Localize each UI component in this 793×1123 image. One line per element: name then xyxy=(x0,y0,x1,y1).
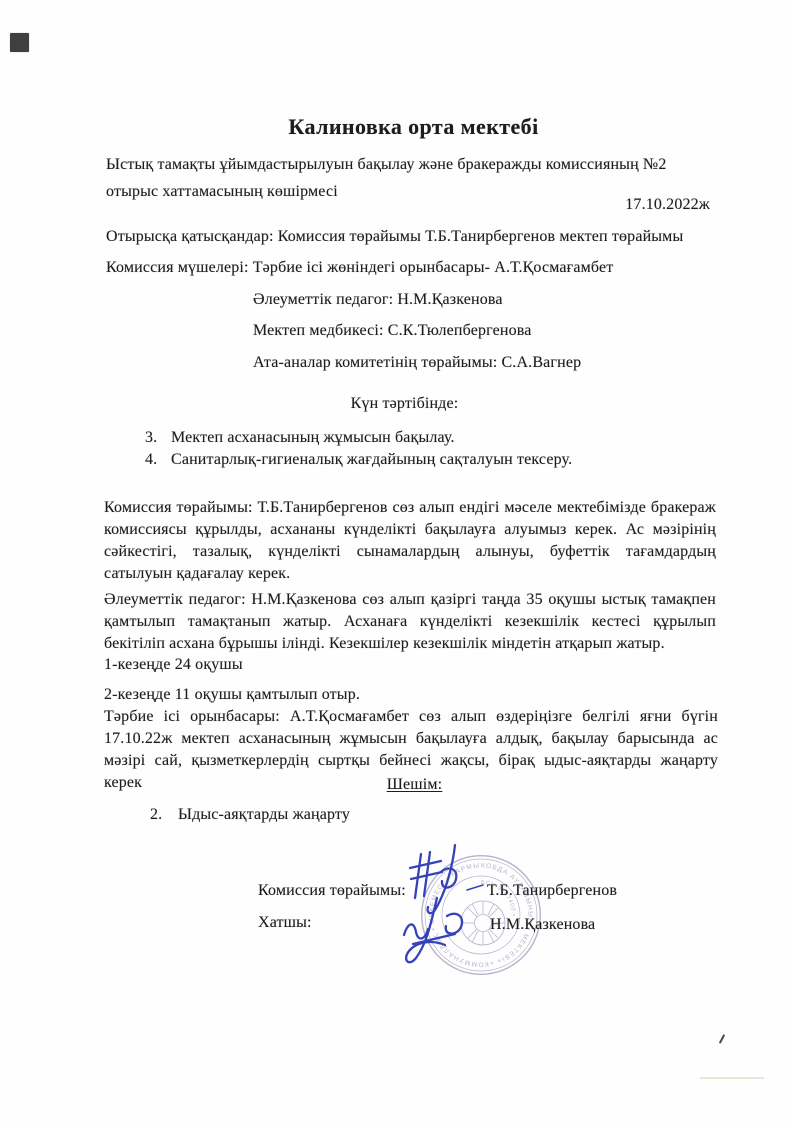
signature-row1-label: Комиссия төрайымы: xyxy=(258,882,406,900)
document-page: Калиновка орта мектебі Ыстық тамақты ұйы… xyxy=(0,0,793,1123)
agenda-heading: Күн тәртібінде: xyxy=(8,395,793,413)
stage1-count-line: 1-кезеңде 24 оқушы xyxy=(104,656,504,674)
agenda-item-number: 4. xyxy=(145,449,171,471)
signature1-dash xyxy=(467,885,483,890)
signature1-stroke xyxy=(428,845,455,913)
decision-heading: Шешім: xyxy=(18,776,793,794)
stage2-count-line: 2-кезеңде 11 оқушы қамтылып отыр. xyxy=(104,686,504,704)
pedagogue-speech-paragraph: Әлеуметтік педагог: Н.М.Қазкенова сөз ал… xyxy=(104,589,716,655)
scan-artifact-square xyxy=(10,33,29,52)
signature2-stroke xyxy=(446,914,462,934)
signature-row2-label: Хатшы: xyxy=(258,914,312,932)
commission-members-line: Комиссия мүшелері: Тәрбие ісі жөніндегі … xyxy=(106,259,746,277)
signature2-stroke xyxy=(406,898,445,962)
chairman-speech-paragraph: Комиссия төрайымы: Т.Б.Танирбергенов сөз… xyxy=(104,497,716,585)
agenda-item-text: Санитарлық-гигиеналық жағдайының сақталу… xyxy=(171,449,572,471)
signature-row2-name: Н.М.Қазкенова xyxy=(490,916,595,934)
agenda-item-number: 3. xyxy=(145,427,171,449)
decision-item-text: Ыдыс-аяқтарды жаңарту xyxy=(178,806,350,824)
scan-artifact-tick xyxy=(719,1034,725,1044)
member-parents-committee: Ата-аналар комитетінің төрайымы: С.А.Ваг… xyxy=(253,354,733,372)
decision-item-number: 2. xyxy=(150,806,178,824)
agenda-item-text: Мектеп асханасының жұмысын бақылау. xyxy=(171,427,455,449)
member-social-pedagogue: Әлеуметтік педагог: Н.М.Қазкенова xyxy=(253,291,733,309)
signature1-stroke xyxy=(410,861,441,868)
scan-artifact-line xyxy=(700,1077,764,1079)
agenda-list: 3. Мектеп асханасының жұмысын бақылау. 4… xyxy=(145,427,705,470)
member-school-nurse: Мектеп медбикесі: С.К.Тюлепбергенова xyxy=(253,322,733,340)
signature-row1-name: Т.Б.Танирбергенов xyxy=(487,882,617,900)
signature2-stroke xyxy=(404,924,428,938)
agenda-item: 3. Мектеп асханасының жұмысын бақылау. xyxy=(145,427,705,449)
decision-item: 2. Ыдыс-аяқтарды жаңарту xyxy=(150,806,550,824)
signature-ink xyxy=(395,838,505,968)
agenda-item: 4. Санитарлық-гигиеналық жағдайының сақт… xyxy=(145,449,705,471)
attendees-line: Отырысқа қатысқандар: Комиссия төрайымы … xyxy=(106,228,746,246)
document-title: Калиновка орта мектебі xyxy=(17,114,793,140)
document-date: 17.10.2022ж xyxy=(400,196,710,214)
